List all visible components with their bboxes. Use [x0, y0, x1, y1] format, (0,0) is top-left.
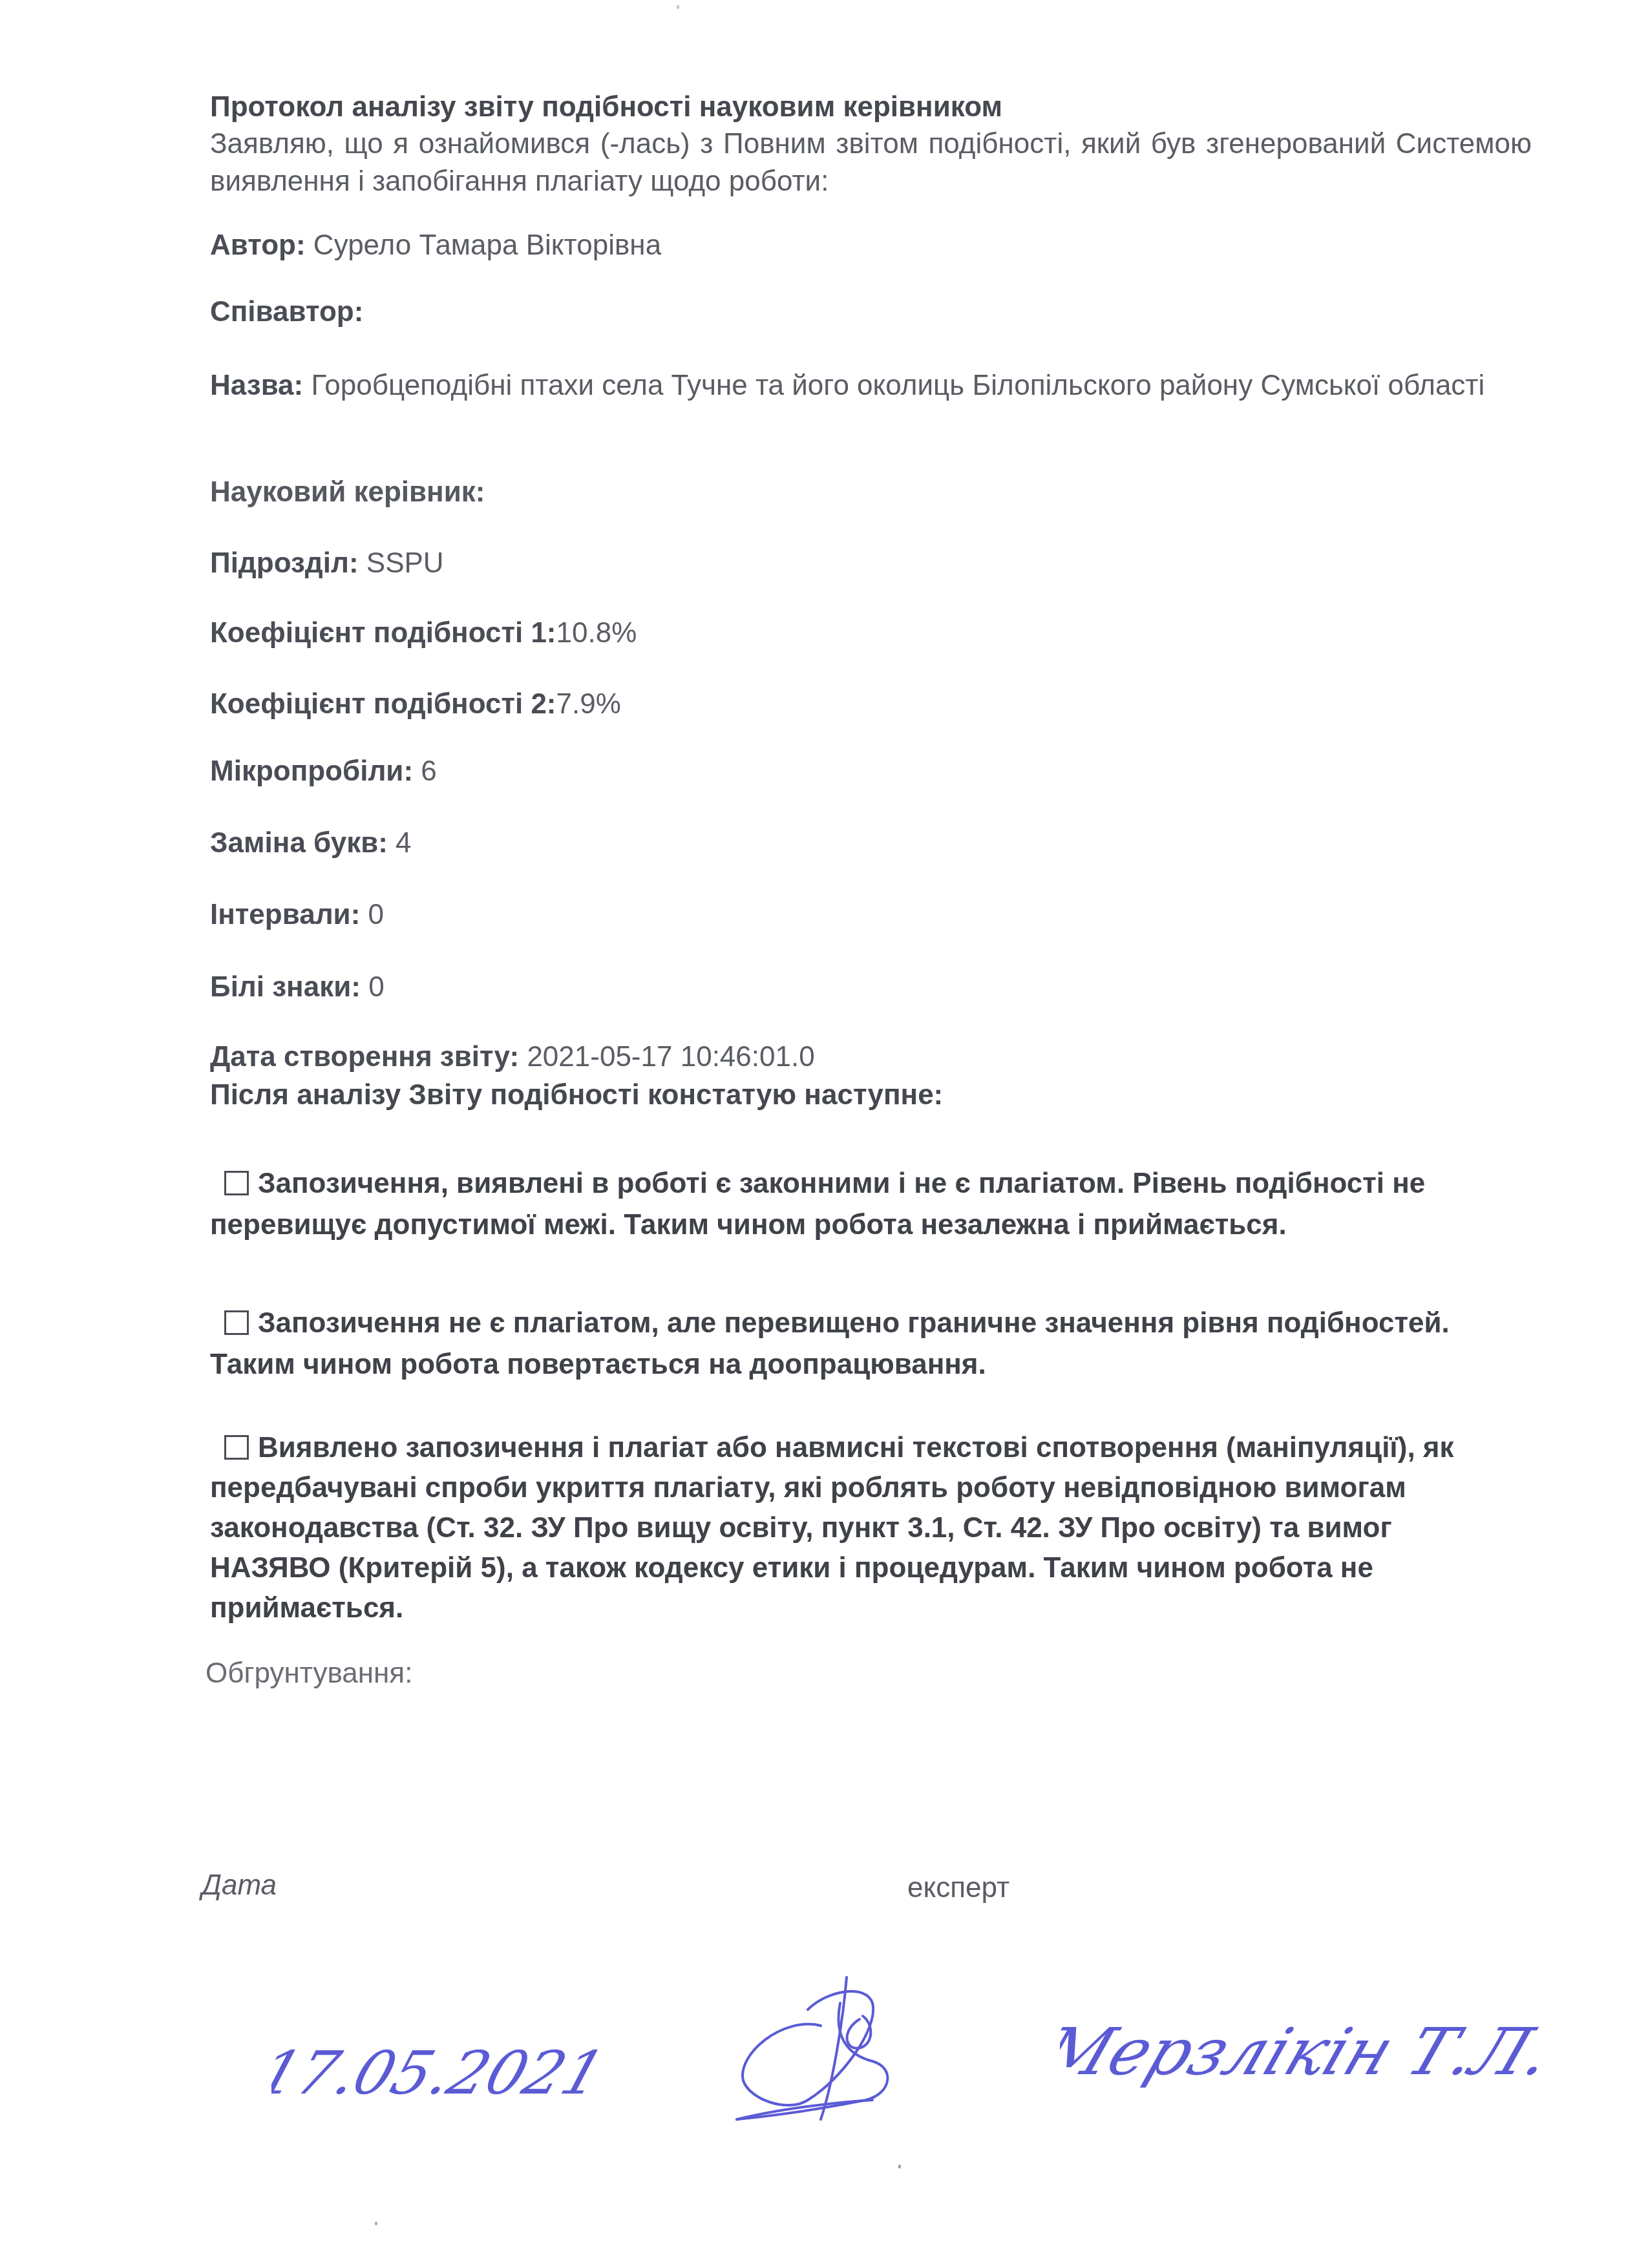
field-value: 4	[396, 827, 411, 859]
intro-paragraph: Заявляю, що я ознайомився (-лась) з Повн…	[210, 125, 1532, 200]
field-label: Інтервали:	[210, 899, 360, 930]
field-value: 0	[368, 971, 384, 1003]
option-accepted: Запозичення, виявлені в роботі є законни…	[210, 1163, 1509, 1246]
conclusion-heading: Після аналізу Звіту подібності констатую…	[210, 1077, 943, 1113]
field-label: Підрозділ:	[210, 547, 359, 579]
field-label: Заміна букв:	[210, 827, 388, 859]
field-value: 2021-05-17 10:46:01.0	[527, 1041, 814, 1073]
field-value: SSPU	[366, 547, 444, 579]
field-work-title: Назва: Горобцеподібні птахи села Тучне т…	[210, 367, 1522, 404]
field-department: Підрозділ: SSPU	[210, 545, 444, 582]
field-value: 6	[421, 755, 436, 787]
handwritten-name-text: Мерзлікін Т.Л.	[1060, 2015, 1563, 2090]
field-value: 10.8%	[556, 617, 637, 649]
field-author: Автор: Сурело Тамара Вікторівна	[210, 227, 661, 264]
document-title: Протокол аналізу звіту подібності науков…	[210, 89, 1002, 125]
field-value: 7.9%	[556, 688, 621, 720]
field-similarity-1: Коефіцієнт подібності 1:10.8%	[210, 615, 637, 651]
field-label: Коефіцієнт подібності 2:	[210, 688, 556, 720]
field-label: Білі знаки:	[210, 971, 361, 1003]
field-letter-replacement: Заміна букв: 4	[210, 825, 412, 861]
field-label: Коефіцієнт подібності 1:	[210, 617, 556, 649]
field-label: Науковий керівник:	[210, 476, 485, 508]
field-microspaces: Мікропробіли: 6	[210, 753, 437, 790]
field-value: Горобцеподібні птахи села Тучне та його …	[311, 370, 1484, 401]
field-value: Сурело Тамара Вікторівна	[313, 229, 661, 261]
date-label: Дата	[202, 1867, 277, 1904]
option-text: Виявлено запозичення і плагіат або навми…	[210, 1432, 1454, 1624]
field-label: Співавтор:	[210, 296, 363, 328]
handwritten-name: Мерзлікін Т.Л.	[1060, 1977, 1616, 2106]
scanned-page: Протокол аналізу звіту подібності науков…	[0, 0, 1648, 2268]
checkbox-revision[interactable]	[224, 1310, 249, 1335]
option-text: Запозичення, виявлені в роботі є законни…	[210, 1168, 1425, 1241]
field-label: Автор:	[210, 229, 306, 261]
field-intervals: Інтервали: 0	[210, 897, 384, 933]
option-rejected: Виявлено запозичення і плагіат або навми…	[210, 1428, 1509, 1628]
field-white-chars: Білі знаки: 0	[210, 969, 385, 1005]
field-report-date: Дата створення звіту: 2021-05-17 10:46:0…	[210, 1039, 815, 1075]
handwritten-date: 17.05.2021	[271, 2022, 659, 2113]
field-label: Мікропробіли:	[210, 755, 413, 787]
signature-icon	[711, 1964, 982, 2132]
option-text: Запозичення не є плагіатом, але перевище…	[210, 1307, 1450, 1380]
checkbox-accepted[interactable]	[224, 1171, 249, 1195]
field-label: Дата створення звіту:	[210, 1041, 519, 1073]
field-label: Назва:	[210, 370, 303, 401]
scan-speck	[677, 5, 679, 9]
field-supervisor: Науковий керівник:	[210, 474, 485, 510]
field-coauthor: Співавтор:	[210, 294, 363, 330]
expert-label: експерт	[907, 1870, 1009, 1906]
field-value: 0	[368, 899, 384, 930]
scan-speck	[375, 2221, 377, 2225]
scan-speck	[898, 2165, 901, 2168]
option-revision: Запозичення не є плагіатом, але перевище…	[210, 1303, 1509, 1385]
handwritten-date-text: 17.05.2021	[271, 2039, 613, 2108]
checkbox-rejected[interactable]	[224, 1435, 249, 1460]
justification-label: Обгрунтування:	[206, 1655, 412, 1692]
field-similarity-2: Коефіцієнт подібності 2:7.9%	[210, 686, 621, 722]
